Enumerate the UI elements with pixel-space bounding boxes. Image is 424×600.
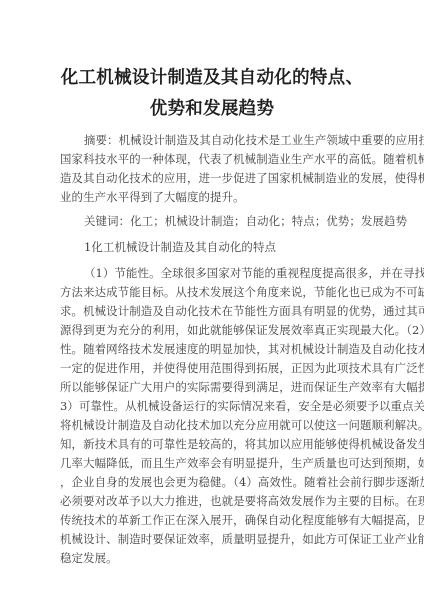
document-title-line-2: 优势和发展趋势 <box>0 95 424 120</box>
body-line: 传统技术的革新工作正在深入展开，确保自动化程度能够有大幅提高，因而展开 <box>60 514 362 527</box>
body-line: 必须要对改革予以大力推进，也就是要将高效发展作为主要的目标。在现阶段， <box>60 495 362 508</box>
abstract-line: 造及其自动化技术的应用，进一步促进了国家机械制造业的发展，使得机械制造 <box>60 172 362 185</box>
body-line: 稳定发展。 <box>60 552 362 565</box>
abstract-line: 业的生产水平得到了大幅度的提升。 <box>60 191 362 204</box>
body-line: 方法来达成节能目标。从技术发展这个角度来说，节能化也已成为不可缺少的要 <box>60 286 362 299</box>
body-line: 一定的促进作用，并使得使用范围得到拓展，正因为此项技术具有广泛性特点， <box>60 362 362 375</box>
keywords-line: 关键词：化工；机械设计制造；自动化；特点；优势；发展趋势 <box>84 215 362 228</box>
body-line: 将机械设计制造及自动化技术加以充分应用就可以使这一问题顺利解决。众所周 <box>60 419 362 432</box>
body-line: 求。机械设计制造及自动化技术在节能性方面具有明显的优势，通过其可以使资 <box>60 305 362 318</box>
abstract-line: 国家科技水平的一种体现，代表了机械制造业生产水平的高低。随着机械设计制 <box>60 153 362 166</box>
body-line: 机械设计、制造时要保证效率，质量明显提升，如此方可保证工业产业能够持续 <box>60 533 362 546</box>
body-line: 知，新技术具有的可靠性是较高的，将其加以应用能够使得机械设备发生故障的 <box>60 438 362 451</box>
section-heading: 1化工机械设计制造及其自动化的特点 <box>84 241 362 254</box>
body-line: 性。随着网络技术发展速度的明显加快，其对机械设计制造及自动化技术起到了 <box>60 343 362 356</box>
body-line: 源得到更为充分的利用，如此就能够保证发展效率真正实现最大化。（2）广泛 <box>60 324 362 337</box>
abstract-line: 摘要：机械设计制造及其自动化技术是工业生产领域中重要的应用技术，是 <box>84 134 362 147</box>
document-page: 化工机械设计制造及其自动化的特点、 优势和发展趋势 摘要：机械设计制造及其自动化… <box>0 0 424 600</box>
document-title-line-1: 化工机械设计制造及其自动化的特点、 <box>0 64 424 89</box>
body-line: 所以能够保证广大用户的实际需要得到满足，进而保证生产效率有大幅提升。（ <box>60 381 362 394</box>
body-line: （1）节能性。全球很多国家对节能的重视程度提高很多，并在寻找可行的 <box>84 267 362 280</box>
body-line: 3）可靠性。从机械设备运行的实际情况来看，安全是必须要予以重点关注的。 <box>60 400 362 413</box>
body-line: 几率大幅降低，而且生产效率会有明显提升，生产质量也可达到预期，如此一来 <box>60 457 362 470</box>
body-line: ，企业自身的发展也会更为稳健。（4）高效性。随着社会前行脚步逐渐加快， <box>60 476 362 489</box>
